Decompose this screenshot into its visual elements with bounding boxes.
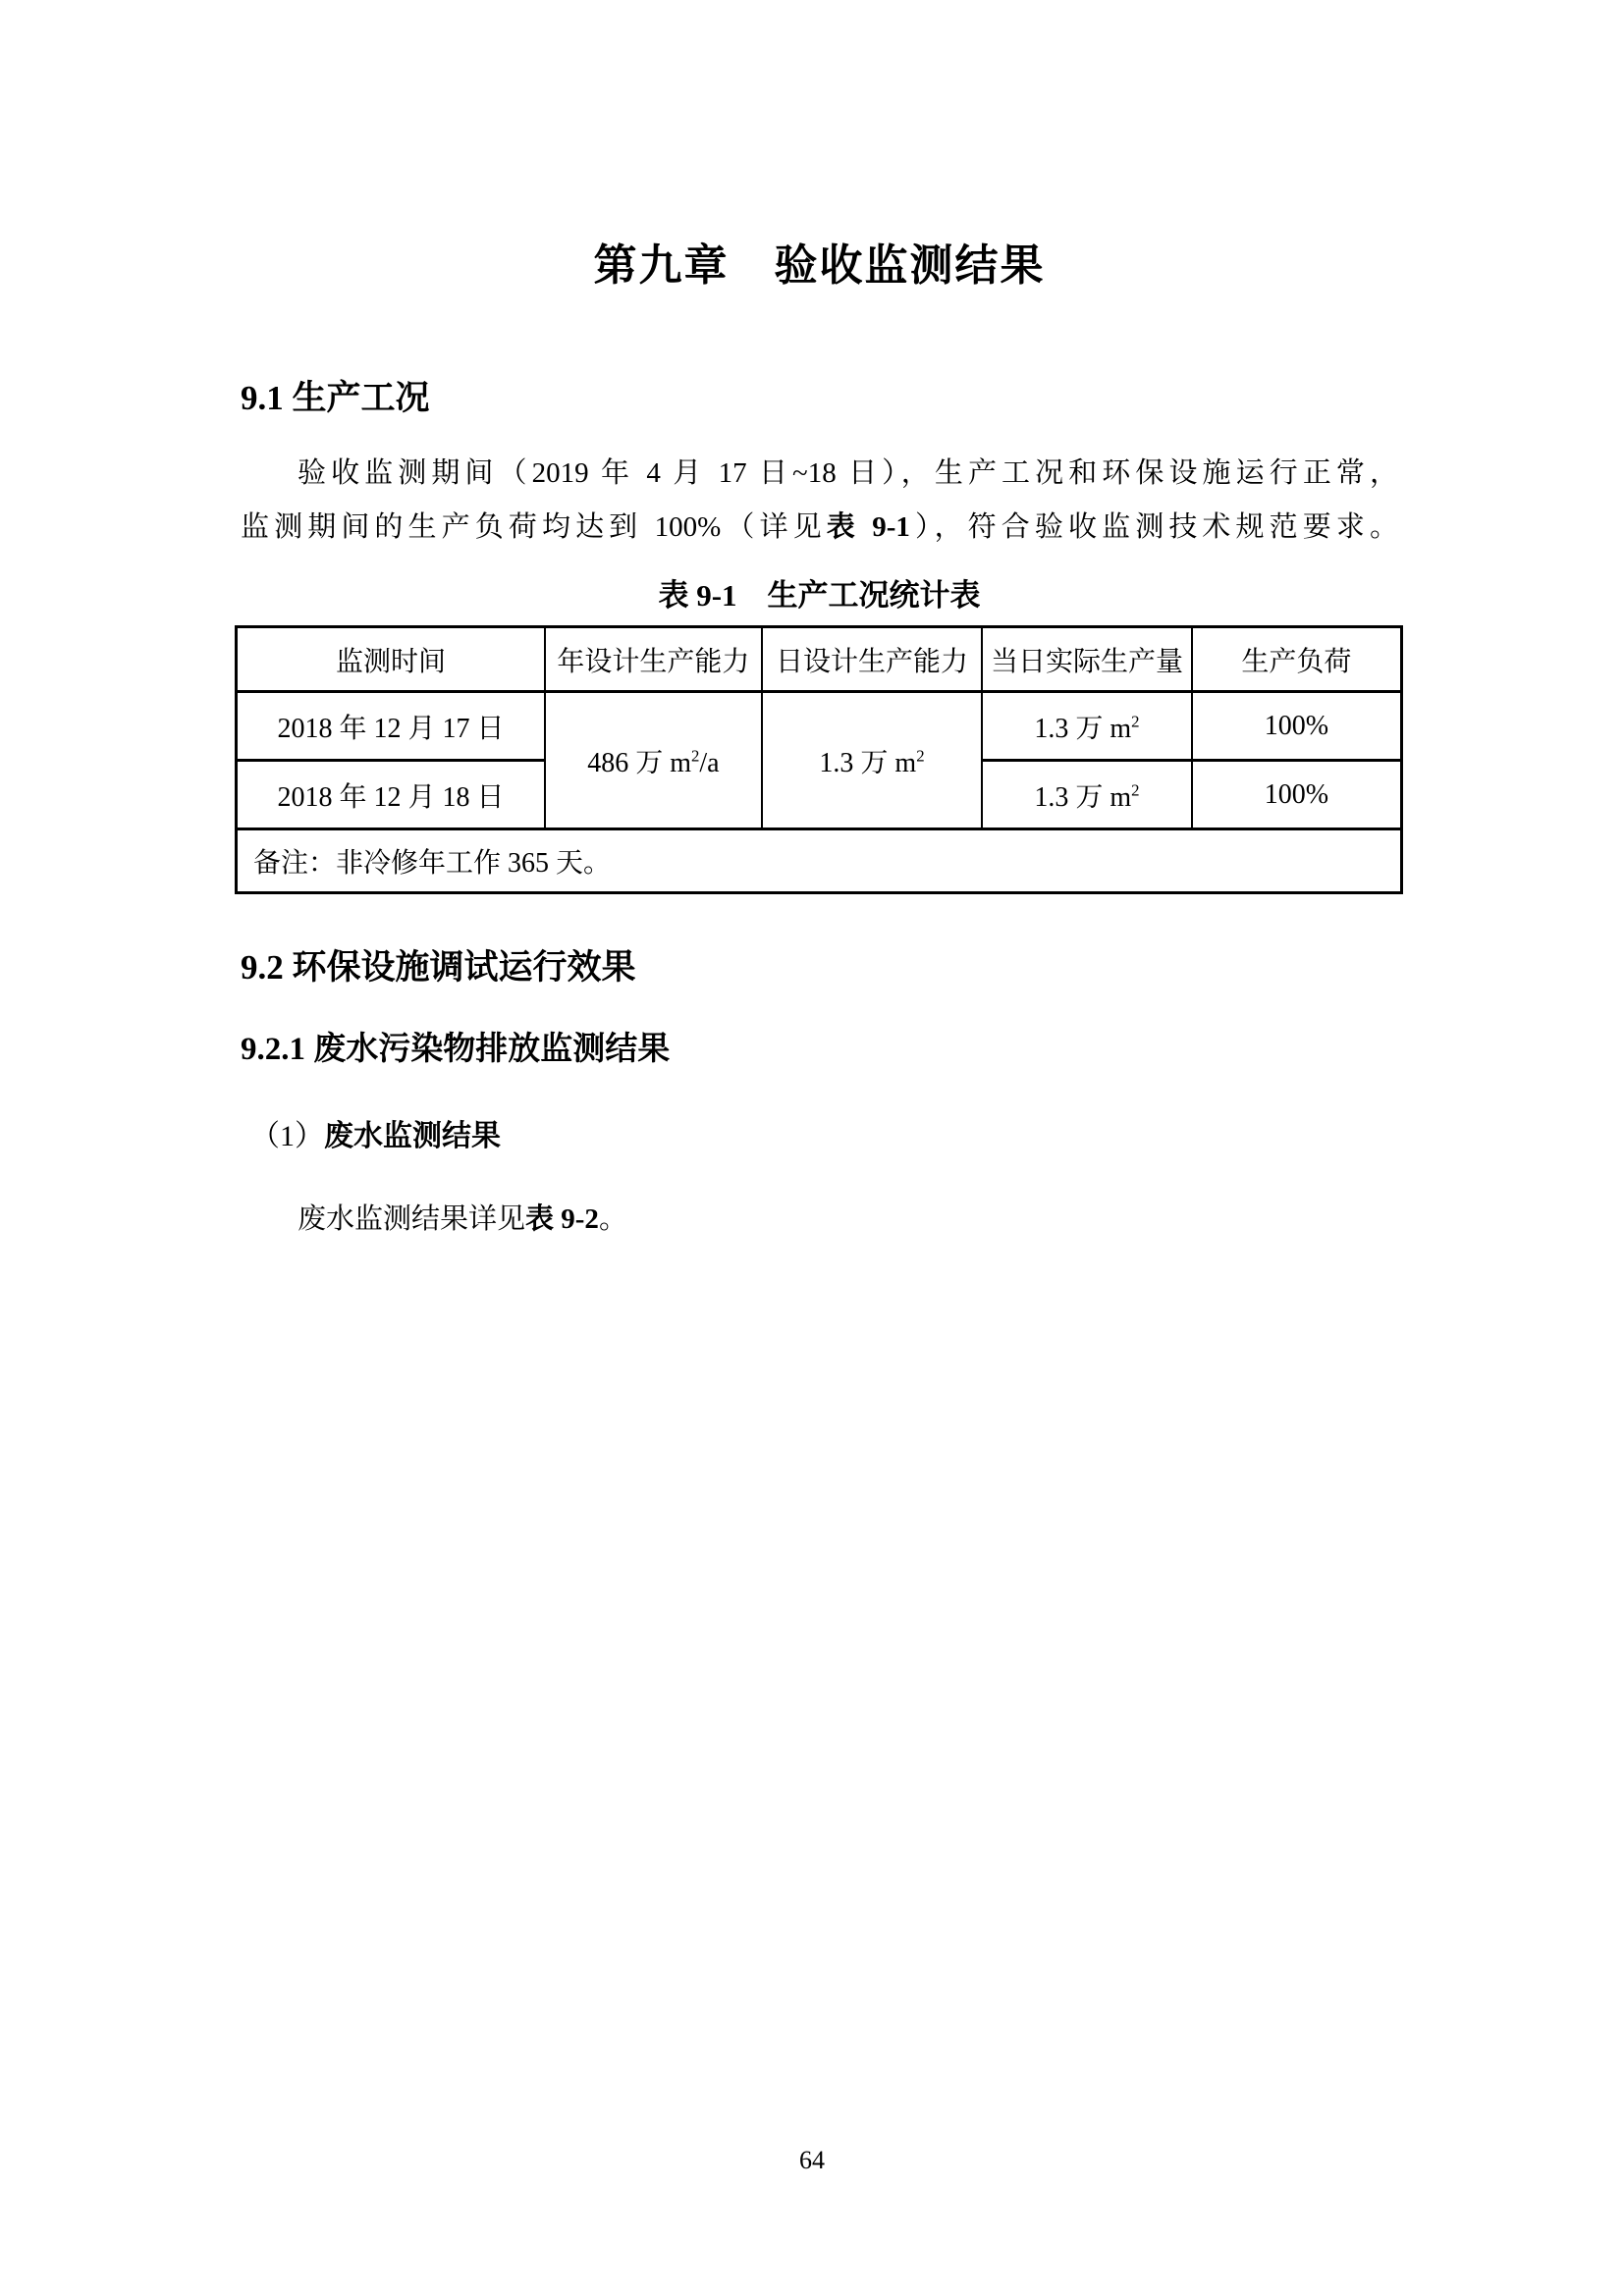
column-header-actual-daily-output: 当日实际生产量 (982, 627, 1192, 692)
table-9-1: 监测时间 年设计生产能力 日设计生产能力 当日实际生产量 生产负荷 2018 年… (235, 625, 1403, 894)
table-note-row: 备注：非冷修年工作 365 天。 (237, 829, 1402, 893)
actual-output-cell: 1.3 万 m2 (982, 761, 1192, 829)
table-row-1: 2018 年 12 月 17 日 486 万 m2/a 1.3 万 m2 1.3… (237, 692, 1402, 761)
actual-output-superscript: 2 (1131, 712, 1139, 730)
column-header-monitoring-time: 监测时间 (237, 627, 546, 692)
section-9-2-1-heading: 9.2.1 废水污染物排放监测结果 (241, 1030, 1398, 1069)
paragraph-text: 。 (599, 1203, 627, 1235)
section-9-2-paragraph: 废水监测结果详见表 9-2。 (241, 1199, 1398, 1240)
daily-capacity-value: 1.3 万 m (819, 748, 916, 778)
paragraph-text: 监测期间的生产负荷均达到 100%（详见 (241, 511, 827, 543)
column-header-production-load: 生产负荷 (1192, 627, 1402, 692)
paragraph-text: ），符合验收监测技术规范要求。 (910, 511, 1398, 543)
item-1-number: （1） (250, 1120, 324, 1152)
actual-output-value: 1.3 万 m (1034, 782, 1131, 813)
table-9-2-reference: 表 9-2 (525, 1203, 599, 1235)
actual-output-cell: 1.3 万 m2 (982, 692, 1192, 761)
table-9-1-caption: 表 9-1 生产工况统计表 (241, 576, 1398, 615)
column-header-daily-design-capacity: 日设计生产能力 (762, 627, 982, 692)
item-1-title: 废水监测结果 (324, 1120, 501, 1152)
actual-output-value: 1.3 万 m (1034, 714, 1131, 744)
table-header-row: 监测时间 年设计生产能力 日设计生产能力 当日实际生产量 生产负荷 (237, 627, 1402, 692)
section-9-1-paragraph-line-1: 验收监测期间（2019 年 4 月 17 日~18 日），生产工况和环保设施运行… (241, 447, 1398, 501)
actual-output-superscript: 2 (1131, 780, 1139, 799)
section-9-1-paragraph-line-2: 监测期间的生产负荷均达到 100%（详见表 9-1），符合验收监测技术规范要求。 (241, 501, 1398, 555)
table-9-1-reference: 表 9-1 (827, 511, 910, 543)
document-page: 第九章 验收监测结果 9.1 生产工况 验收监测期间（2019 年 4 月 17… (0, 0, 1624, 2296)
annual-capacity-unit-suffix: /a (699, 748, 719, 778)
item-1-heading: （1）废水监测结果 (241, 1118, 1398, 1155)
section-9-1-heading: 9.1 生产工况 (241, 378, 1398, 419)
production-load-cell: 100% (1192, 692, 1402, 761)
paragraph-text: 废水监测结果详见 (298, 1203, 525, 1235)
annual-capacity-cell: 486 万 m2/a (545, 692, 762, 829)
column-header-annual-design-capacity: 年设计生产能力 (545, 627, 762, 692)
production-load-cell: 100% (1192, 761, 1402, 829)
chapter-title: 第九章 验收监测结果 (241, 240, 1398, 292)
table-note-cell: 备注：非冷修年工作 365 天。 (237, 829, 1402, 893)
monitoring-date-cell: 2018 年 12 月 17 日 (237, 692, 546, 761)
annual-capacity-value: 486 万 m (587, 748, 691, 778)
page-number: 64 (0, 2147, 1624, 2174)
monitoring-date-cell: 2018 年 12 月 18 日 (237, 761, 546, 829)
daily-capacity-cell: 1.3 万 m2 (762, 692, 982, 829)
daily-capacity-superscript: 2 (916, 746, 924, 765)
section-9-2-heading: 9.2 环保设施调试运行效果 (241, 947, 1398, 988)
